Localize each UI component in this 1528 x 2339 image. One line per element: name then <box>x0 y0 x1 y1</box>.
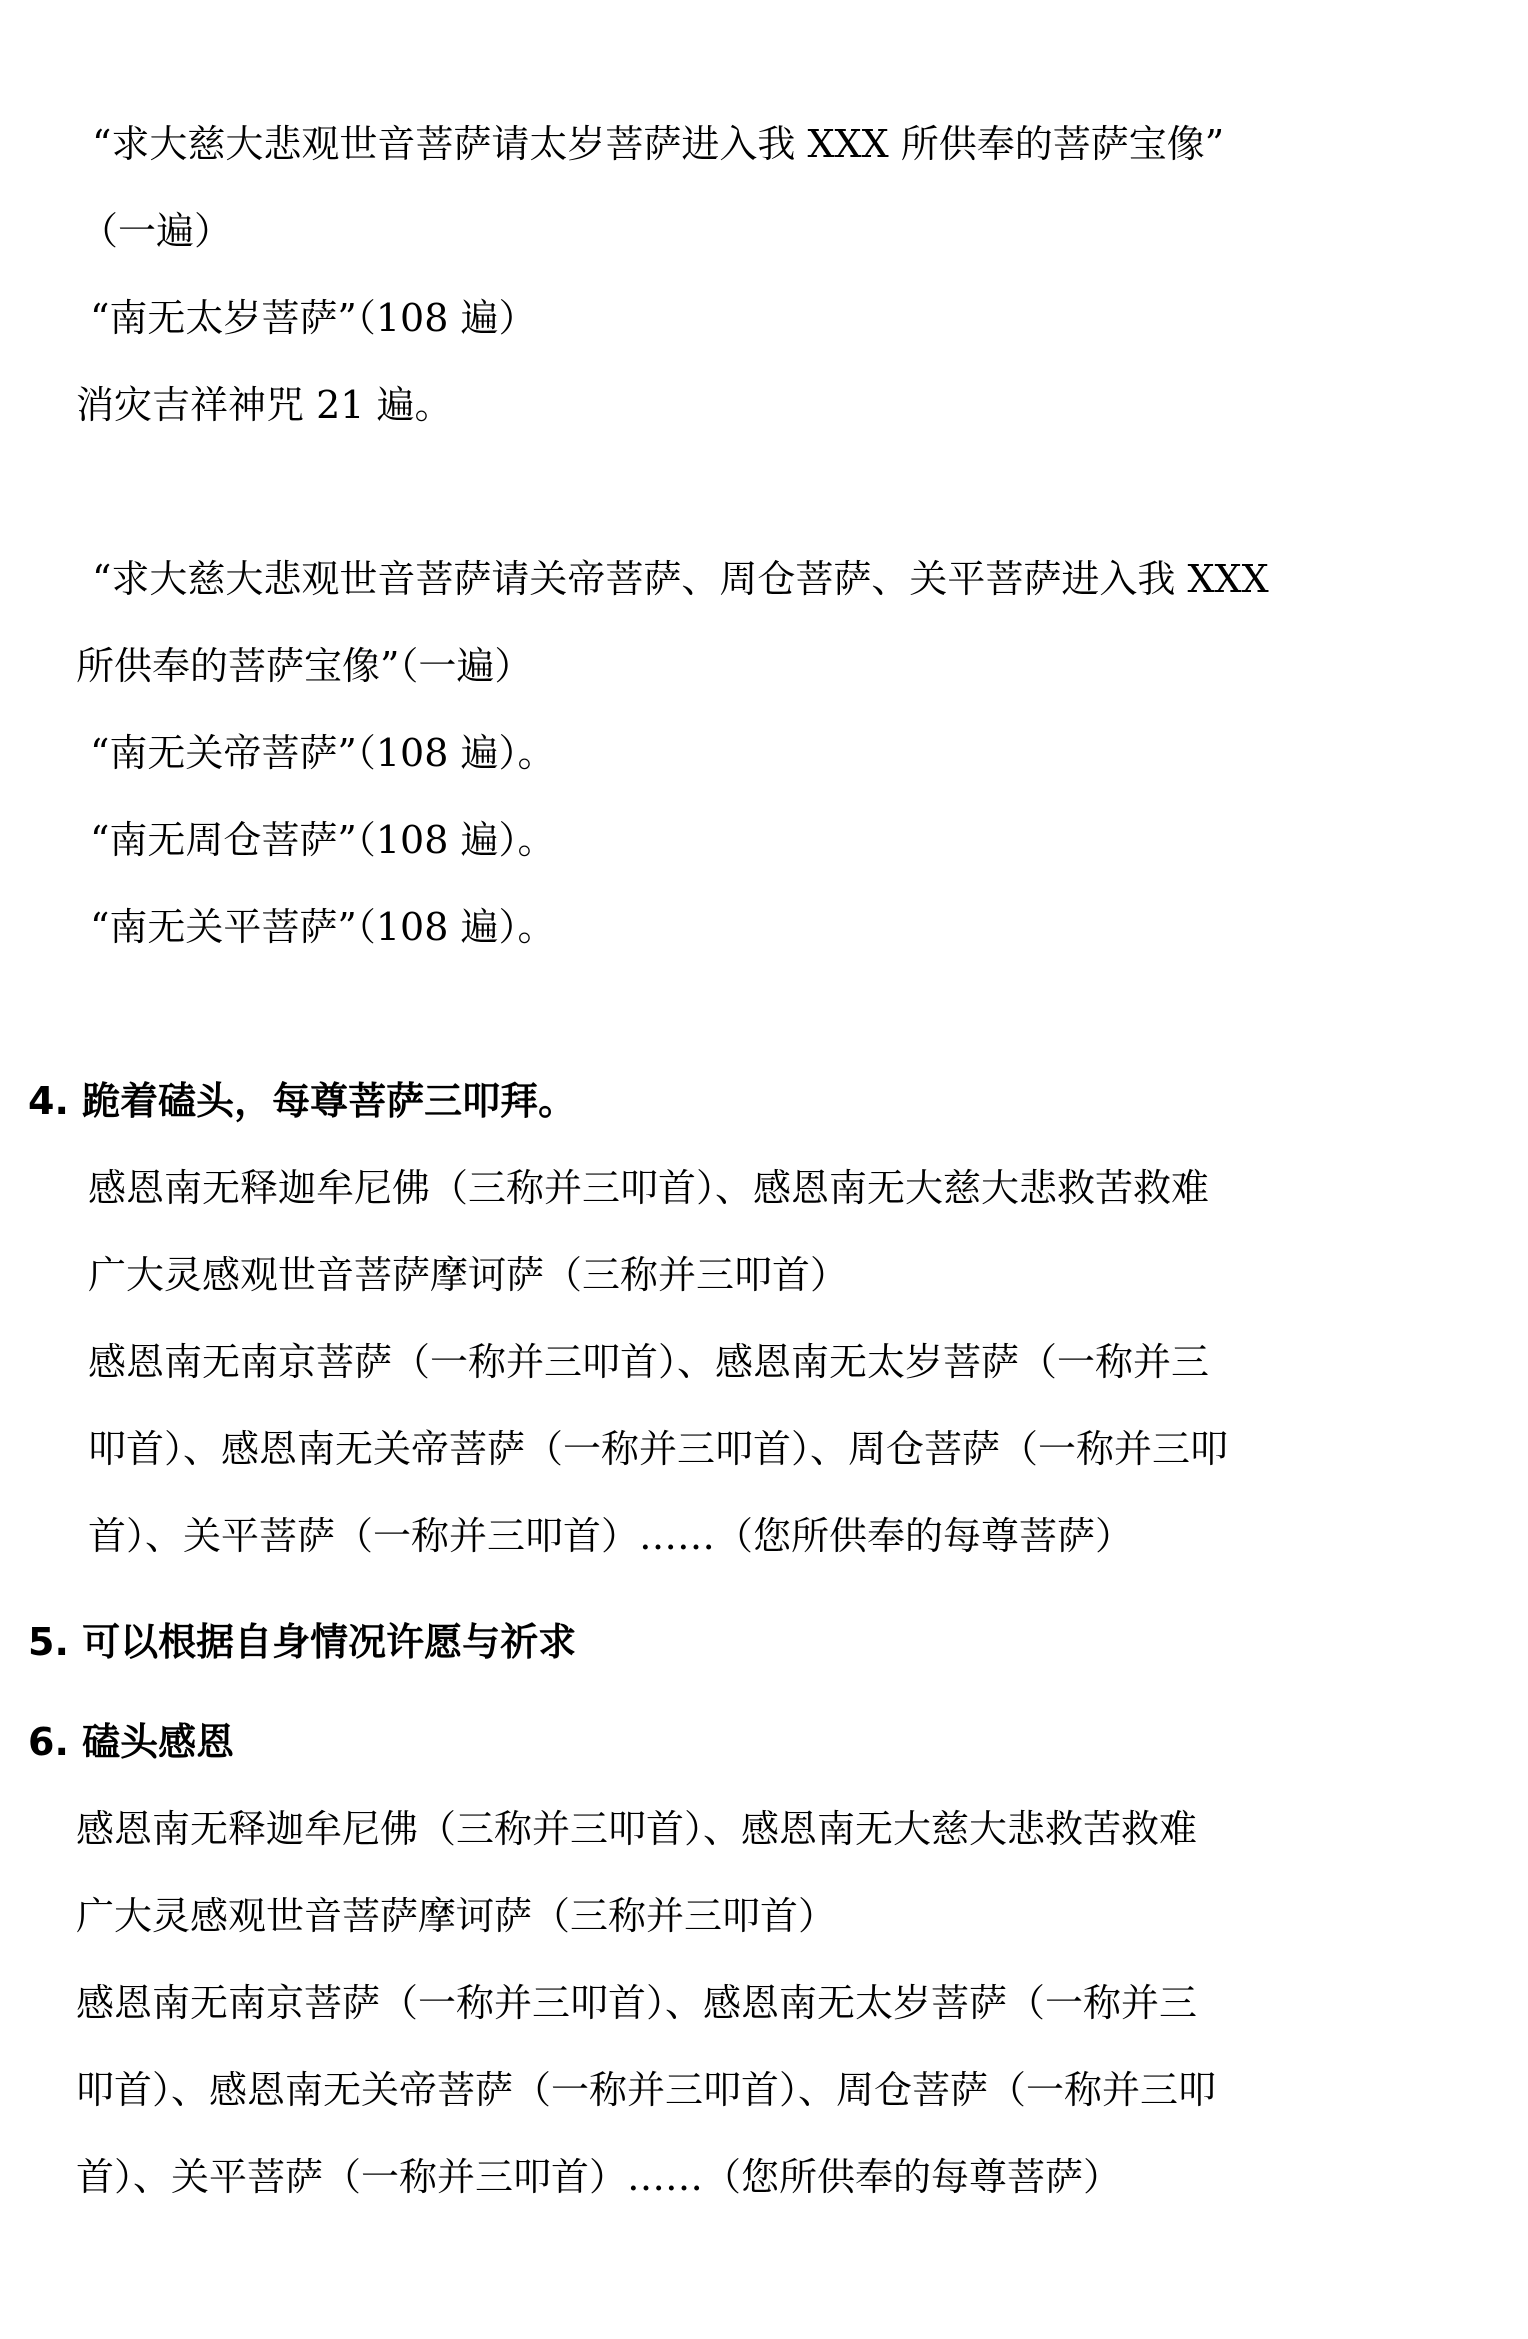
taisui-mantra: 消灾吉祥神咒 21 遍。 <box>76 381 453 429</box>
step4-line: 感恩南无南京菩萨（一称并三叩首）、感恩南无太岁菩萨（一称并三 <box>88 1338 1209 1386</box>
guandi-chant: “南无关帝菩萨”（108 遍）。 <box>90 729 555 777</box>
step6-line: 叩首）、感恩南无关帝菩萨（一称并三叩首）、周仓菩萨（一称并三叩 <box>76 2066 1216 2114</box>
step6-line: 感恩南无南京菩萨（一称并三叩首）、感恩南无太岁菩萨（一称并三 <box>76 1979 1197 2027</box>
taisui-invocation-line2: （一遍） <box>80 207 232 255</box>
step5-heading: 5. 可以根据自身情况许愿与祈求 <box>28 1618 576 1666</box>
zhoucang-chant: “南无周仓菩萨”（108 遍）。 <box>90 816 555 864</box>
step4-line: 首）、关平菩萨（一称并三叩首）……（您所供奉的每尊菩萨） <box>88 1512 1133 1560</box>
step6-line: 感恩南无释迦牟尼佛（三称并三叩首）、感恩南无大慈大悲救苦救难 <box>76 1805 1197 1853</box>
taisui-chant: “南无太岁菩萨”（108 遍） <box>90 294 536 342</box>
step6-heading: 6. 磕头感恩 <box>28 1718 234 1766</box>
step4-heading: 4. 跪着磕头，每尊菩萨三叩拜。 <box>28 1077 576 1125</box>
step4-line: 感恩南无释迦牟尼佛（三称并三叩首）、感恩南无大慈大悲救苦救难 <box>88 1164 1209 1212</box>
step6-line: 首）、关平菩萨（一称并三叩首）……（您所供奉的每尊菩萨） <box>76 2153 1121 2201</box>
guandi-invocation-line1: “求大慈大悲观世音菩萨请关帝菩萨、周仓菩萨、关平菩萨进入我 XXX <box>92 555 1269 603</box>
step4-line: 叩首）、感恩南无关帝菩萨（一称并三叩首）、周仓菩萨（一称并三叩 <box>88 1425 1228 1473</box>
document-page: “求大慈大悲观世音菩萨请太岁菩萨进入我 XXX 所供奉的菩萨宝像” （一遍） “… <box>0 0 1528 2339</box>
guandi-invocation-line2: 所供奉的菩萨宝像”（一遍） <box>76 642 532 690</box>
guanping-chant: “南无关平菩萨”（108 遍）。 <box>90 903 555 951</box>
taisui-invocation-line1: “求大慈大悲观世音菩萨请太岁菩萨进入我 XXX 所供奉的菩萨宝像” <box>92 120 1224 168</box>
step6-line: 广大灵感观世音菩萨摩诃萨（三称并三叩首） <box>76 1892 836 1940</box>
step4-line: 广大灵感观世音菩萨摩诃萨（三称并三叩首） <box>88 1251 848 1299</box>
